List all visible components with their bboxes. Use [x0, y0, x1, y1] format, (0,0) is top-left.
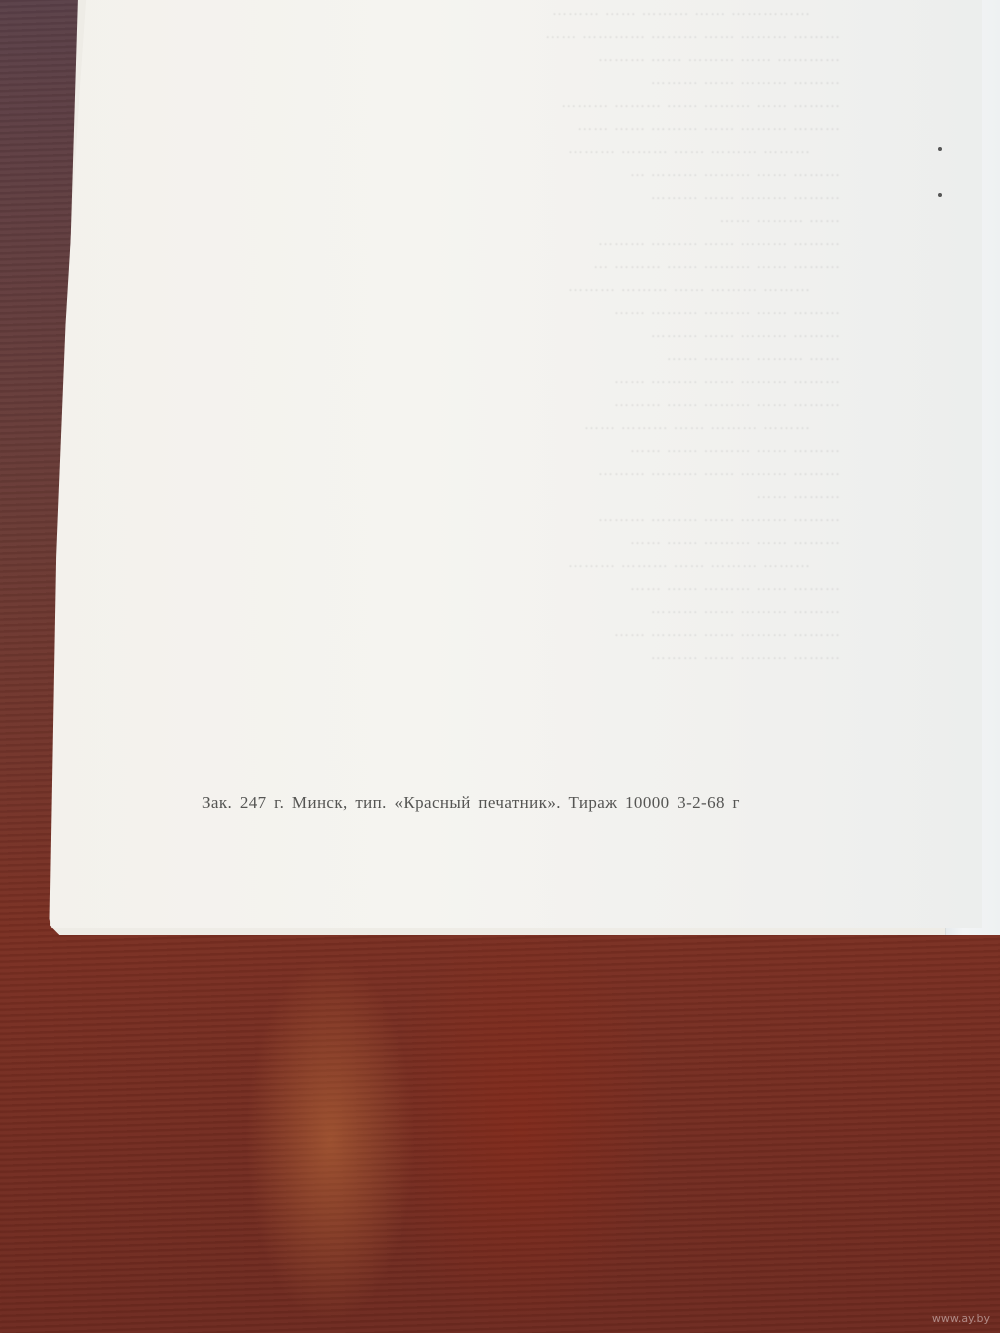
staple-icon: [938, 147, 942, 151]
staple-icon: [938, 193, 942, 197]
printer-imprint: Зак. 247 г. Минск, тип. «Красный печатни…: [202, 793, 740, 813]
bleed-through-line: ……… …… ……… …… ……: [170, 529, 840, 552]
bleed-through-line: ……… …… ……… ……… ……: [170, 299, 840, 322]
bleed-through-line: ……… ……… …… ……… ………: [170, 552, 840, 575]
bleed-through-line: ……… ……… …… ………: [170, 598, 840, 621]
bleed-through-line: …… ……… ……: [170, 207, 840, 230]
bleed-through-line: ……… …… ……… …… ………: [170, 391, 840, 414]
bleed-through-line: ……… ……… …… ……… ………… ……: [170, 23, 840, 46]
bleed-through-line: ………… …… ……… …… ………: [170, 46, 840, 69]
bleed-through-line: ……… ……: [170, 483, 840, 506]
bleed-through-line: ……… ……… …… ………: [170, 184, 840, 207]
bleed-through-line: ……… …… ……… ……… …: [170, 161, 840, 184]
bleed-through-line: ……… ……… …… ……… ……: [170, 368, 840, 391]
bleed-through-line: ……… ……… …… ………: [170, 69, 840, 92]
bleed-through-text: …………… …… ……… …… ……………… ……… …… ……… ………… ……: [170, 0, 840, 680]
bleed-through-line: ……… ……… …… ……… ………: [170, 230, 840, 253]
bleed-through-line: ……… …… ……… …… ……: [170, 437, 840, 460]
bleed-through-line: ……… ……… …… ……… ………: [170, 138, 840, 161]
bleed-through-line: …………… …… ……… …… ………: [170, 0, 840, 23]
watermark: www.ay.by: [932, 1312, 990, 1325]
bleed-through-line: ……… ……… …… ……… ……: [170, 621, 840, 644]
bleed-through-line: ……… ……… …… ……… …… ……: [170, 115, 840, 138]
bleed-through-line: ……… ……… …… ……… ………: [170, 276, 840, 299]
bleed-through-line: ……… …… ……… …… ……: [170, 575, 840, 598]
bleed-through-line: ……… …… ……… …… ……… …: [170, 253, 840, 276]
bleed-through-line: ……… ……… …… ………: [170, 644, 840, 667]
bleed-through-line: ……… ……… …… ……… ………: [170, 506, 840, 529]
bleed-through-line: ……… …… ……… …… ……… ………: [170, 92, 840, 115]
bleed-through-line: …… ……… ……… ……: [170, 345, 840, 368]
bleed-through-line: ……… ……… …… ………: [170, 322, 840, 345]
bleed-through-line: ……… ……… …… ……… ……: [170, 414, 840, 437]
bleed-through-line: ……… ……… …… ……… ………: [170, 460, 840, 483]
